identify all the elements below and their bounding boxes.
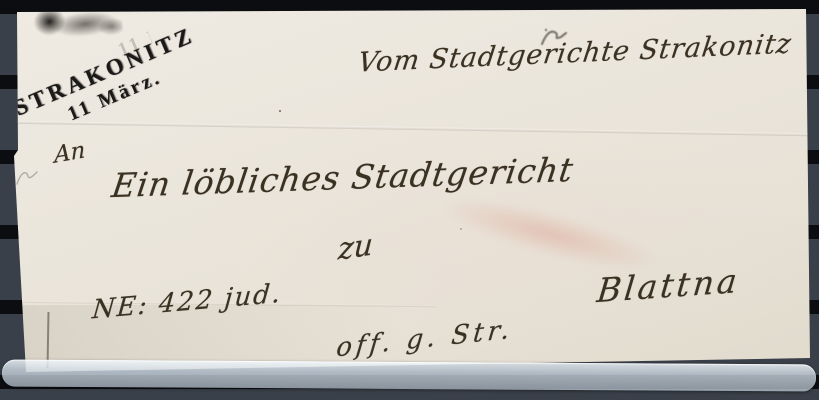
paper-speck [15, 255, 18, 259]
paper-speck [460, 228, 462, 230]
mount-strip [2, 360, 816, 392]
address-connector-handwriting: zu [337, 227, 374, 268]
stockbook-page: 11 März. STRAKONITZ 11 März. Vom Stadtge… [0, 0, 819, 400]
letter-paper: 11 März. STRAKONITZ 11 März. Vom Stadtge… [0, 0, 819, 400]
sender-note-handwriting: Vom Stadtgerichte Strakonitz [356, 28, 794, 78]
pencil-mark [14, 162, 40, 192]
paper-speck [279, 110, 281, 112]
salutation-handwriting: An [54, 137, 86, 169]
fold-crease-upper [8, 121, 812, 137]
ink-smudge [32, 0, 123, 45]
